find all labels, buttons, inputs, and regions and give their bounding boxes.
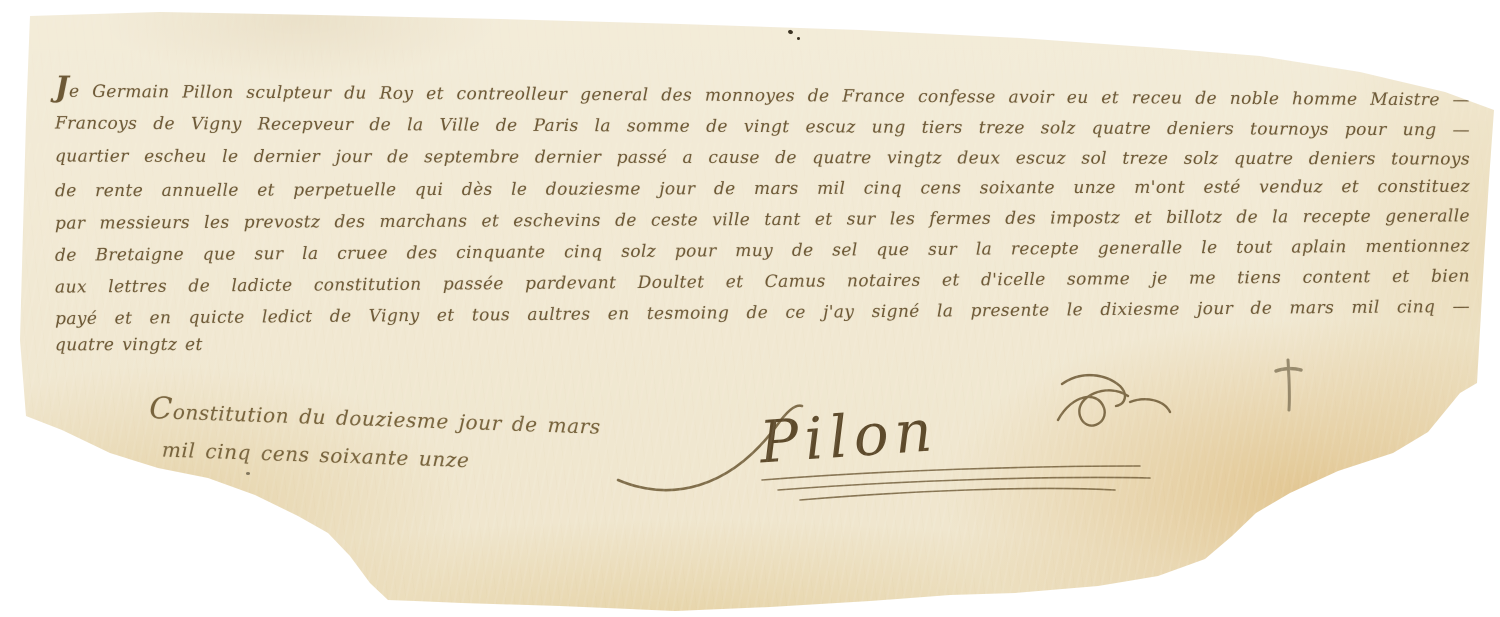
manuscript-line-6: de Bretaigne que sur la cruee des cinqua… bbox=[55, 231, 1470, 271]
cross-mark-icon bbox=[1272, 356, 1306, 414]
manuscript-line-4: de rente annuelle et perpetuelle qui dès… bbox=[55, 172, 1470, 207]
manuscript-line-3: quartier escheu le dernier jour de septe… bbox=[55, 142, 1470, 176]
signature-leadin-stroke bbox=[618, 406, 802, 490]
manuscript-line-7: aux lettres de ladicte constitution pass… bbox=[55, 261, 1470, 303]
manuscript-line-1: Je Germain Pillon sculpteur du Roy et co… bbox=[55, 72, 1470, 117]
manuscript-line-9: quatre vingtz et bbox=[55, 328, 1470, 361]
document-scan: Je Germain Pillon sculpteur du Roy et co… bbox=[0, 0, 1500, 617]
ink-speck bbox=[246, 472, 250, 475]
ink-speck bbox=[797, 37, 800, 40]
signature-name: Pilon bbox=[756, 396, 940, 476]
manuscript-line-2: Francoys de Vigny Recepveur de la Ville … bbox=[55, 109, 1470, 147]
signature-block: Pilon bbox=[610, 362, 1200, 527]
archival-note-line-1: Constitution du douziesme jour de mars bbox=[149, 390, 690, 449]
archival-note-line-2: mil cinq cens soixante unze bbox=[147, 430, 688, 487]
archival-note: Constitution du douziesme jour de mars m… bbox=[147, 390, 689, 487]
manuscript-line-8: payé et en quicte ledict de Vigny et tou… bbox=[55, 292, 1470, 335]
parchment-sheet: Je Germain Pillon sculpteur du Roy et co… bbox=[0, 0, 1500, 617]
manuscript-text-block: Je Germain Pillon sculpteur du Roy et co… bbox=[55, 76, 1470, 360]
manuscript-line-5: par messieurs les prevostz des marchans … bbox=[55, 201, 1470, 239]
ink-speck bbox=[787, 29, 793, 34]
signature-flourish bbox=[1058, 375, 1170, 425]
signature-paraph-lines bbox=[762, 466, 1150, 500]
